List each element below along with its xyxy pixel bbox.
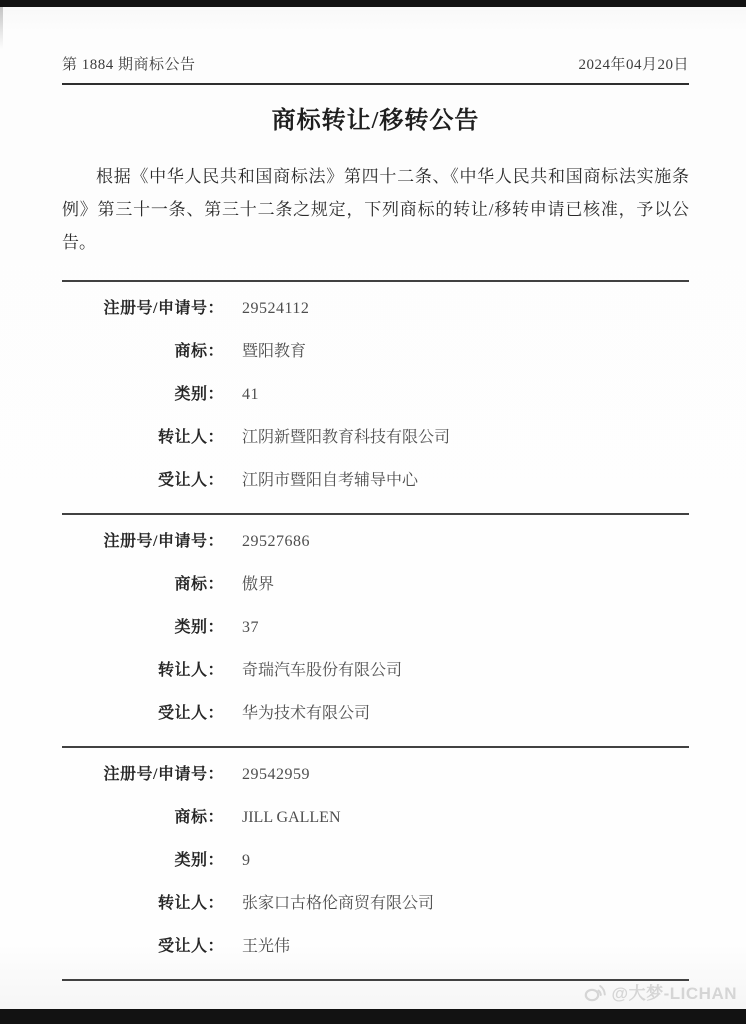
category-value: 37: [242, 616, 259, 640]
reg-no-label: 注册号/申请号：: [62, 530, 224, 554]
transferee-value: 江阴市暨阳自考辅导中心: [242, 469, 418, 493]
trademark-row: 商标： 暨阳教育: [62, 340, 689, 364]
reg-no-row: 注册号/申请号： 29527686: [62, 530, 689, 554]
transferee-row: 受让人： 江阴市暨阳自考辅导中心: [62, 469, 689, 493]
trademark-label: 商标：: [62, 806, 224, 830]
intro-paragraph: 根据《中华人民共和国商标法》第四十二条、《中华人民共和国商标法实施条例》第三十一…: [62, 160, 689, 259]
transferee-value: 王光伟: [242, 935, 290, 959]
reg-no-value: 29524112: [242, 297, 309, 321]
reg-no-value: 29527686: [242, 530, 310, 554]
category-value: 9: [242, 849, 251, 873]
transferor-row: 转让人： 江阴新暨阳教育科技有限公司: [62, 426, 689, 450]
issue-label: 第 1884 期商标公告: [62, 53, 196, 74]
trademark-record-1: 注册号/申请号： 29524112 商标： 暨阳教育 类别： 41 转让人： 江…: [62, 280, 689, 513]
transferor-label: 转让人：: [62, 426, 224, 450]
photo-edge-artifact: [0, 7, 3, 49]
category-label: 类别：: [62, 849, 224, 873]
transferee-label: 受让人：: [62, 702, 224, 726]
transferor-value: 奇瑞汽车股份有限公司: [242, 659, 402, 683]
gazette-document: 第 1884 期商标公告 2024年04月20日 商标转让/移转公告 根据《中华…: [62, 7, 689, 981]
watermark: @大梦-LICHAN: [583, 979, 737, 1004]
transferor-value: 江阴新暨阳教育科技有限公司: [242, 426, 450, 450]
reg-no-row: 注册号/申请号： 29542959: [62, 763, 689, 787]
reg-no-label: 注册号/申请号：: [62, 763, 224, 787]
category-label: 类别：: [62, 383, 224, 407]
category-label: 类别：: [62, 616, 224, 640]
trademark-label: 商标：: [62, 340, 224, 364]
trademark-value: JILL GALLEN: [242, 806, 341, 830]
transferor-label: 转让人：: [62, 892, 224, 916]
transferor-label: 转让人：: [62, 659, 224, 683]
transferor-value: 张家口古格伦商贸有限公司: [242, 892, 434, 916]
document-header: 第 1884 期商标公告 2024年04月20日: [62, 53, 689, 85]
trademark-row: 商标： JILL GALLEN: [62, 806, 689, 830]
top-letterbox-bar: [0, 0, 746, 7]
transferor-row: 转让人： 奇瑞汽车股份有限公司: [62, 659, 689, 683]
trademark-label: 商标：: [62, 573, 224, 597]
transferee-row: 受让人： 王光伟: [62, 935, 689, 959]
reg-no-label: 注册号/申请号：: [62, 297, 224, 321]
reg-no-value: 29542959: [242, 763, 310, 787]
category-row: 类别： 41: [62, 383, 689, 407]
category-value: 41: [242, 383, 259, 407]
trademark-value: 傲界: [242, 573, 274, 597]
transferee-row: 受让人： 华为技术有限公司: [62, 702, 689, 726]
weibo-icon: [583, 982, 607, 1002]
trademark-row: 商标： 傲界: [62, 573, 689, 597]
transferee-label: 受让人：: [62, 935, 224, 959]
trademark-record-3: 注册号/申请号： 29542959 商标： JILL GALLEN 类别： 9 …: [62, 746, 689, 981]
trademark-record-2: 注册号/申请号： 29527686 商标： 傲界 类别： 37 转让人： 奇瑞汽…: [62, 513, 689, 746]
category-row: 类别： 9: [62, 849, 689, 873]
trademark-value: 暨阳教育: [242, 340, 306, 364]
transferor-row: 转让人： 张家口古格伦商贸有限公司: [62, 892, 689, 916]
transferee-value: 华为技术有限公司: [242, 702, 370, 726]
watermark-text: @大梦-LICHAN: [612, 979, 737, 1004]
page-title: 商标转让/移转公告: [62, 100, 689, 135]
reg-no-row: 注册号/申请号： 29524112: [62, 297, 689, 321]
bottom-letterbox-bar: [0, 1009, 746, 1024]
category-row: 类别： 37: [62, 616, 689, 640]
records-list: 注册号/申请号： 29524112 商标： 暨阳教育 类别： 41 转让人： 江…: [62, 280, 689, 981]
date-label: 2024年04月20日: [578, 53, 689, 74]
transferee-label: 受让人：: [62, 469, 224, 493]
